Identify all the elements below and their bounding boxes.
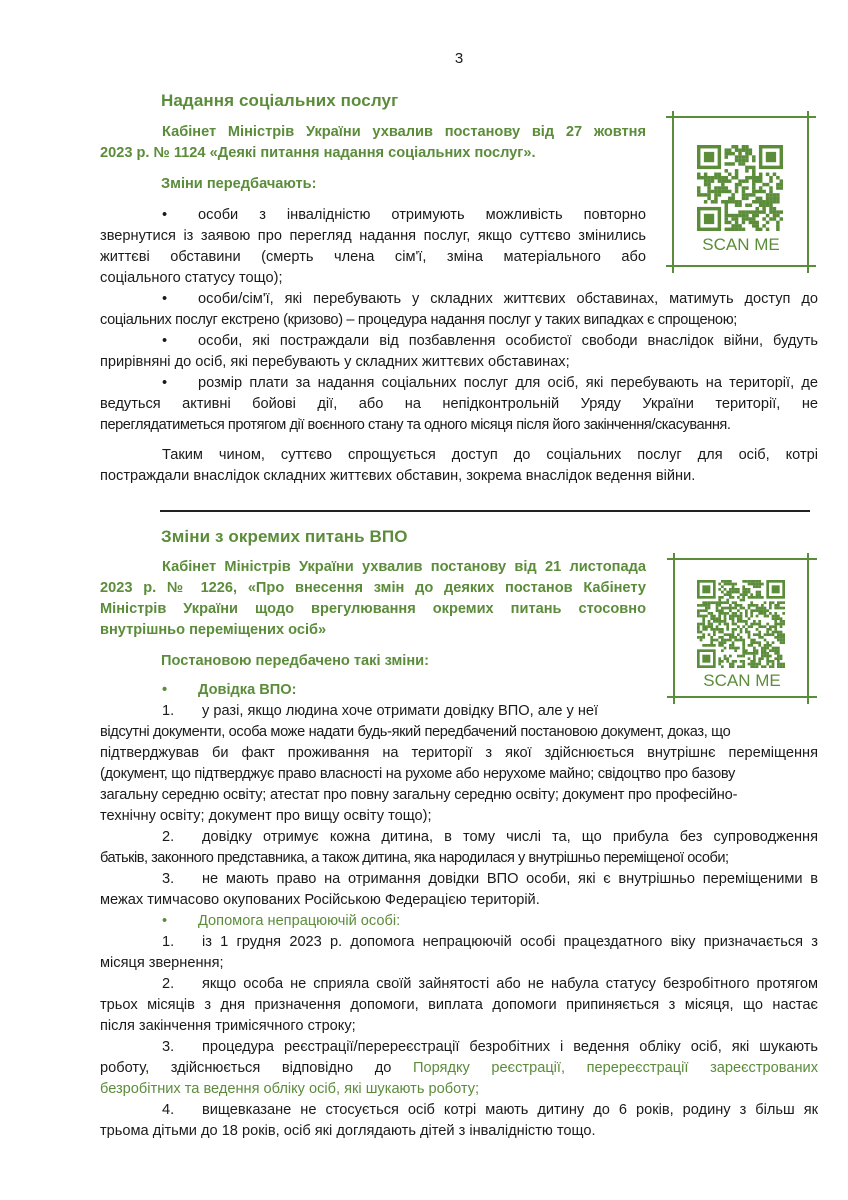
- numbered-item: 1.із 1 грудня 2023 р. допомога непрацююч…: [100, 932, 818, 974]
- item-number: 3.: [162, 1037, 202, 1058]
- item-line: 2.якщо особа не сприяла своїй зайнятості…: [100, 974, 818, 995]
- item-text: якщо особа не сприяла своїй зайнятості а…: [202, 976, 818, 992]
- item-line: місяця звернення;: [100, 953, 818, 974]
- section2-intro: Кабінет Міністрів України ухвалив постан…: [100, 557, 646, 641]
- intro-line: Кабінет Міністрів України ухвалив постан…: [100, 557, 646, 578]
- item-line: 3.процедура реєстрації/перереєстрації бе…: [100, 1037, 818, 1058]
- bullet-icon: •: [162, 911, 198, 932]
- bullet-line: соціального статусу тощо);: [100, 268, 646, 289]
- numbered-item: 2.якщо особа не сприяла своїй зайнятості…: [100, 974, 818, 1037]
- bullet-line: соціальних послуг екстрено (кризово) – п…: [100, 310, 818, 331]
- bullet-item: •особи з інвалідністю отримують можливіс…: [100, 205, 646, 289]
- item-text: процедура реєстрації/перереєстрації безр…: [202, 1039, 818, 1055]
- intro-line: 2023 р. № 1226, «Про внесення змін до де…: [100, 578, 646, 599]
- subsection-heading: •Довідка ВПО:: [162, 680, 297, 701]
- bullet-item: •особи/сім'ї, які перебувають у складних…: [100, 289, 818, 331]
- bullet-icon: •: [162, 289, 198, 310]
- bullet-text: особи/сім'ї, які перебувають у складних …: [198, 291, 818, 307]
- section-title-idp-changes: Зміни з окремих питань ВПО: [161, 527, 408, 547]
- item-text: не мають право на отримання довідки ВПО …: [202, 871, 818, 887]
- item-line: трьома дітьми до 18 років, осіб які догл…: [100, 1121, 818, 1142]
- item-text: роботу, здійснюється відповідно до: [100, 1060, 413, 1076]
- bullet-line: переглядатиметься протягом дії воєнного …: [100, 415, 818, 436]
- subsection-heading: •Допомога непрацюючій особі:: [162, 911, 400, 932]
- item-number: 2.: [162, 974, 202, 995]
- subsection-heading-text: Допомога непрацюючій особі:: [198, 913, 400, 929]
- item-line: (документ, що підтверджує право власност…: [100, 764, 818, 785]
- bullet-line: прирівняні до осіб, які перебувають у ск…: [100, 352, 818, 373]
- procedure-link[interactable]: Порядку реєстрації, перереєстрації зареє…: [413, 1060, 818, 1076]
- qr-code-icon[interactable]: [697, 145, 783, 231]
- bullet-line: життєві обставини (смерть члена сім'ї, з…: [100, 247, 646, 268]
- bullet-item: •розмір плати за надання соціальних посл…: [100, 373, 818, 436]
- item-line: технічну освіту; документ про вищу освіт…: [100, 806, 818, 827]
- item-number: 2.: [162, 827, 202, 848]
- scan-me-label: SCAN ME: [667, 671, 817, 691]
- summary-line: Таким чином, суттєво спрощується доступ …: [100, 445, 818, 466]
- bullet-line: ведуться активні бойові дії, або на непі…: [100, 394, 818, 415]
- numbered-item: 3.не мають право на отримання довідки ВП…: [100, 869, 818, 911]
- bullet-icon: •: [162, 373, 198, 394]
- item-line: 4.вищевказане не стосується осіб котрі м…: [100, 1100, 818, 1121]
- item-line: підтверджував би факт проживання на тери…: [100, 743, 818, 764]
- item-text: у разі, якщо людина хоче отримати довідк…: [202, 703, 598, 719]
- intro-line: 2023 р. № 1124 «Деякі питання надання со…: [100, 143, 646, 164]
- item-number: 1.: [162, 701, 202, 722]
- page-number: 3: [0, 50, 848, 67]
- scan-me-label: SCAN ME: [666, 235, 816, 255]
- bullet-text: особи, які постраждали від позбавлення о…: [198, 333, 818, 349]
- item-number: 1.: [162, 932, 202, 953]
- item-line: роботу, здійснюється відповідно до Поряд…: [100, 1058, 818, 1079]
- item-text: довідку отримує кожна дитина, в тому чис…: [202, 829, 818, 845]
- section-divider: [160, 510, 810, 512]
- bullet-line: •особи, які постраждали від позбавлення …: [100, 331, 818, 352]
- section-title-social-services: Надання соціальних послуг: [161, 91, 398, 111]
- item-line: 1.із 1 грудня 2023 р. допомога непрацююч…: [100, 932, 818, 953]
- numbered-item: 2.довідку отримує кожна дитина, в тому ч…: [100, 827, 818, 869]
- intro-line: Кабінет Міністрів України ухвалив постан…: [100, 122, 646, 143]
- numbered-item: 3.процедура реєстрації/перереєстрації бе…: [100, 1037, 818, 1100]
- intro-line: Міністрів України щодо врегулювання окре…: [100, 599, 646, 620]
- bullet-line: звернутися із заявою про перегляд наданн…: [100, 226, 646, 247]
- item-number: 3.: [162, 869, 202, 890]
- qr-frame: SCAN ME: [666, 111, 816, 273]
- bullet-line: •особи з інвалідністю отримують можливіс…: [100, 205, 646, 226]
- qr-frame: SCAN ME: [667, 553, 817, 704]
- item-line: межах тимчасово окупованих Російською Фе…: [100, 890, 818, 911]
- subsection-heading-text: Довідка ВПО:: [198, 682, 297, 698]
- item-line: після закінчення тримісячного строку;: [100, 1016, 818, 1037]
- item-line: трьох місяців з дня призначення допомоги…: [100, 995, 818, 1016]
- item-line: 1.у разі, якщо людина хоче отримати дові…: [100, 701, 818, 722]
- intro-line: внутрішньо переміщених осіб»: [100, 620, 646, 641]
- item-line: 3.не мають право на отримання довідки ВП…: [100, 869, 818, 890]
- item-text: із 1 грудня 2023 р. допомога непрацюючій…: [202, 934, 818, 950]
- bullet-icon: •: [162, 205, 198, 226]
- item-line: загальну середню освіту; атестат про пов…: [100, 785, 818, 806]
- item-line: відсутні документи, особа може надати бу…: [100, 722, 818, 743]
- bullet-icon: •: [162, 680, 198, 701]
- item-text: вищевказане не стосується осіб котрі маю…: [202, 1102, 818, 1118]
- bullet-line: •розмір плати за надання соціальних посл…: [100, 373, 818, 394]
- summary-paragraph: Таким чином, суттєво спрощується доступ …: [100, 445, 818, 487]
- bullet-text: розмір плати за надання соціальних послу…: [198, 375, 818, 391]
- item-line: батьків, законного представника, а також…: [100, 848, 818, 869]
- procedure-link[interactable]: безробітних та ведення обліку осіб, які …: [100, 1079, 818, 1100]
- bullet-item: •особи, які постраждали від позбавлення …: [100, 331, 818, 373]
- bullet-text: особи з інвалідністю отримують можливіст…: [198, 207, 646, 223]
- summary-line: постраждали внаслідок складних життєвих …: [100, 466, 818, 487]
- numbered-item: 1.у разі, якщо людина хоче отримати дові…: [100, 701, 818, 827]
- item-line: 2.довідку отримує кожна дитина, в тому ч…: [100, 827, 818, 848]
- bullet-line: •особи/сім'ї, які перебувають у складних…: [100, 289, 818, 310]
- item-number: 4.: [162, 1100, 202, 1121]
- changes-label: Зміни передбачають:: [161, 174, 317, 195]
- bullet-icon: •: [162, 331, 198, 352]
- changes-label: Постановою передбачено такі зміни:: [161, 651, 429, 672]
- section1-intro: Кабінет Міністрів України ухвалив постан…: [100, 122, 646, 164]
- qr-code-icon[interactable]: [697, 580, 785, 668]
- numbered-item: 4.вищевказане не стосується осіб котрі м…: [100, 1100, 818, 1142]
